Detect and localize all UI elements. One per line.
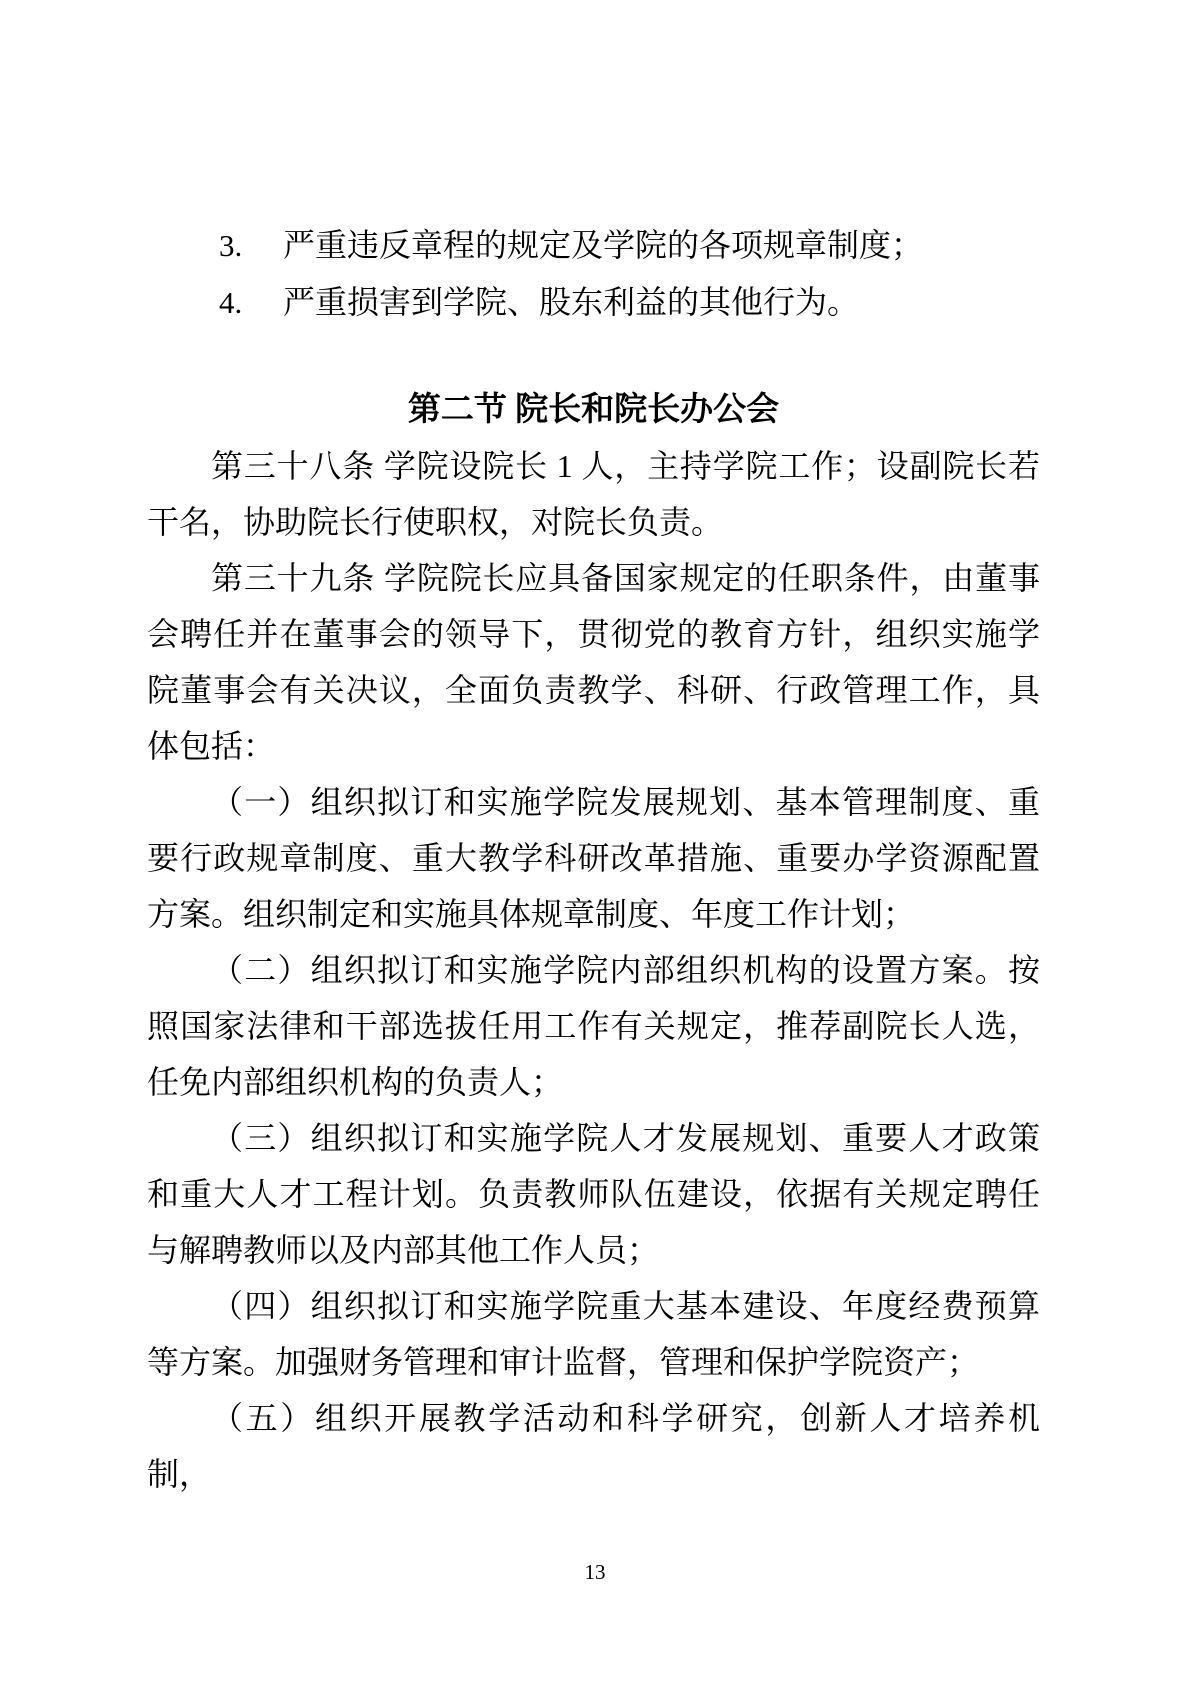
paragraph-clause-1: （一）组织拟订和实施学院发展规划、基本管理制度、重要行政规章制度、重大教学科研改… [147,774,1040,942]
page-content: 3.严重违反章程的规定及学院的各项规章制度； 4.严重损害到学院、股东利益的其他… [147,217,1040,1502]
paragraph-clause-5: （五）组织开展教学活动和科学研究，创新人才培养机制， [147,1390,1040,1502]
list-item: 4.严重损害到学院、股东利益的其他行为。 [147,274,1040,331]
list-item-marker: 4. [219,275,283,331]
list-item: 3.严重违反章程的规定及学院的各项规章制度； [147,217,1040,274]
paragraph-article-38: 第三十八条 学院设院长 1 人，主持学院工作；设副院长若干名，协助院长行使职权，… [147,438,1040,550]
paragraph-clause-2: （二）组织拟订和实施学院内部组织机构的设置方案。按照国家法律和干部选拔任用工作有… [147,942,1040,1110]
paragraph-article-39: 第三十九条 学院院长应具备国家规定的任职条件，由董事会聘任并在董事会的领导下，贯… [147,550,1040,774]
list-item-text: 严重违反章程的规定及学院的各项规章制度； [283,227,923,263]
paragraph-clause-3: （三）组织拟订和实施学院人才发展规划、重要人才政策和重大人才工程计划。负责教师队… [147,1110,1040,1278]
page-number: 13 [0,1558,1190,1586]
document-page: 3.严重违反章程的规定及学院的各项规章制度； 4.严重损害到学院、股东利益的其他… [0,0,1190,1683]
list-item-text: 严重损害到学院、股东利益的其他行为。 [283,284,859,320]
section-heading: 第二节 院长和院长办公会 [147,382,1040,438]
list-item-marker: 3. [219,218,283,274]
paragraph-clause-4: （四）组织拟订和实施学院重大基本建设、年度经费预算等方案。加强财务管理和审计监督… [147,1278,1040,1390]
